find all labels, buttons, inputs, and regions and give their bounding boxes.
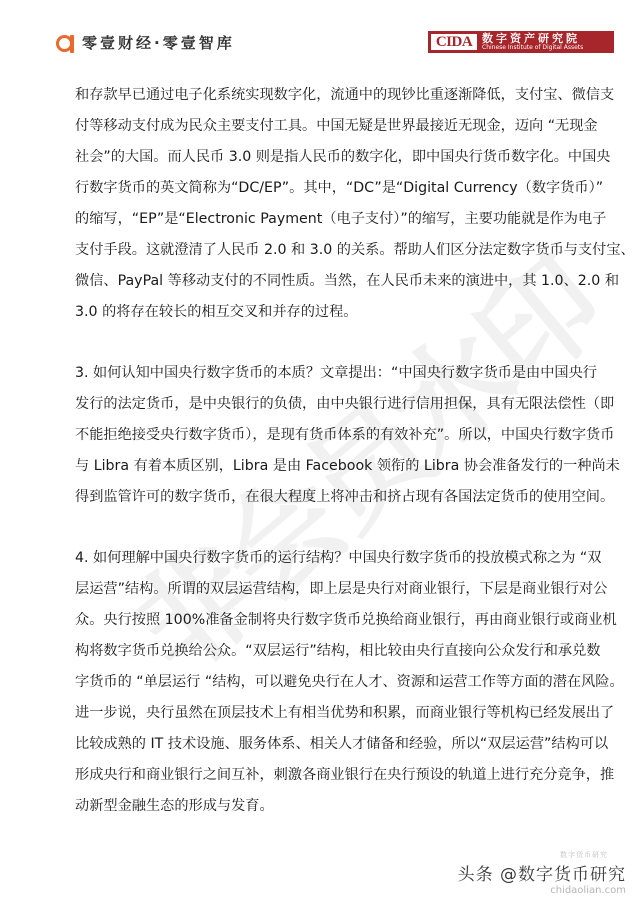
text-line: 和存款早已通过电子化系统实现数字化，流通中的现钞比重逐渐降低，支付宝、微信支 [75,80,570,111]
lingyi-brand-text: 零壹财经·零壹智库 [82,32,235,53]
text-line: 的缩写，“EP”是“Electronic Payment（电子支付）”的缩写，主… [75,204,570,235]
text-line: 层运营”结构。所谓的双层运营结构，即上层是央行对商业银行，下层是商业银行对公 [75,574,570,605]
source-watermark: 数字货币研究 头条 @数字货币研究 chidaolian.com [458,850,626,896]
text-line: 付等移动支付成为民众主要支付工具。中国无疑是世界最接近无现金，迈向 “无现金 [75,111,570,142]
cida-name-cn: 数字资产研究院 [482,33,583,44]
text-line: 3.0 的将存在较长的相互交叉和并存的过程。 [75,297,570,328]
cida-brand: CIDA 数字资产研究院 Chinese Institute of Digita… [428,31,614,53]
lingyi-brand: 零壹财经·零壹智库 [56,32,235,53]
text-line: 行数字货币的英文简称为“DC/EP”。其中，“DC”是“Digital Curr… [75,173,570,204]
faint-caption: 数字货币研究 [458,850,608,860]
document-body: 和存款早已通过电子化系统实现数字化，流通中的现钞比重逐渐降低，支付宝、微信支 付… [75,80,570,852]
site-label: chidaolian.com [458,885,626,896]
text-line: 动新型金融生态的形成与发育。 [75,791,570,822]
source-label: 头条 @数字货币研究 [458,860,626,885]
text-line: 比较成熟的 IT 技术设施、服务体系、相关人才储备和经验，所以“双层运营”结构可… [75,729,570,760]
text-line: 众。央行按照 100%准备金制将央行数字货币兑换给商业银行，再由商业银行或商业机 [75,605,570,636]
text-line: 发行的法定货币，是中央银行的负债，由中央银行进行信用担保，具有无限法偿性（即 [75,389,570,420]
text-line: 与 Libra 有着本质区别，Libra 是由 Facebook 领衔的 Lib… [75,451,570,482]
text-line: 社会”的大国。而人民币 3.0 则是指人民币的数字化，即中国央行货币数字化。中国… [75,142,570,173]
text-line: 形成央行和商业银行之间互补，刺激各商业银行在央行预设的轨道上进行充分竞争，推 [75,760,570,791]
text-line: 3. 如何认知中国央行数字货币的本质？文章提出：“中国央行数字货币是由中国央行 [75,358,570,389]
cida-name-en: Chinese Institute of Digital Assets [482,45,583,51]
text-line: 4. 如何理解中国央行数字货币的运行结构？中国央行数字货币的投放模式称之为 “双 [75,543,570,574]
paragraph-item-4: 4. 如何理解中国央行数字货币的运行结构？中国央行数字货币的投放模式称之为 “双… [75,543,570,822]
a-letter-logo-icon [56,34,74,52]
text-line: 支付手段。这就澄清了人民币 2.0 和 3.0 的关系。帮助人们区分法定数字货币… [75,235,570,266]
page-header: 零壹财经·零壹智库 CIDA 数字资产研究院 Chinese Institute… [0,0,640,70]
text-line: 得到监管许可的数字货币，在很大程度上将冲击和挤占现有各国法定货币的使用空间。 [75,482,570,513]
paragraph-item-3: 3. 如何认知中国央行数字货币的本质？文章提出：“中国央行数字货币是由中国央行 … [75,358,570,513]
text-line: 字货币的 “单层运行 “结构，可以避免央行在人才、资源和运营工作等方面的潜在风险… [75,667,570,698]
paragraph-rmb-digitization: 和存款早已通过电子化系统实现数字化，流通中的现钞比重逐渐降低，支付宝、微信支 付… [75,80,570,328]
text-line: 进一步说，央行虽然在顶层技术上有相当优势和积累，而商业银行等机构已经发展出了 [75,698,570,729]
cida-logo: CIDA [431,34,477,50]
text-line: 构将数字货币兑换给公众。“双层运行”结构，相比较由央行直接向公众发行和承兑数 [75,636,570,667]
text-line: 不能拒绝接受央行数字货币），是现有货币体系的有效补充”。所以，中国央行数字货币 [75,420,570,451]
text-line: 微信、PayPal 等移动支付的不同性质。当然，在人民币未来的演进中，其 1.0… [75,266,570,297]
